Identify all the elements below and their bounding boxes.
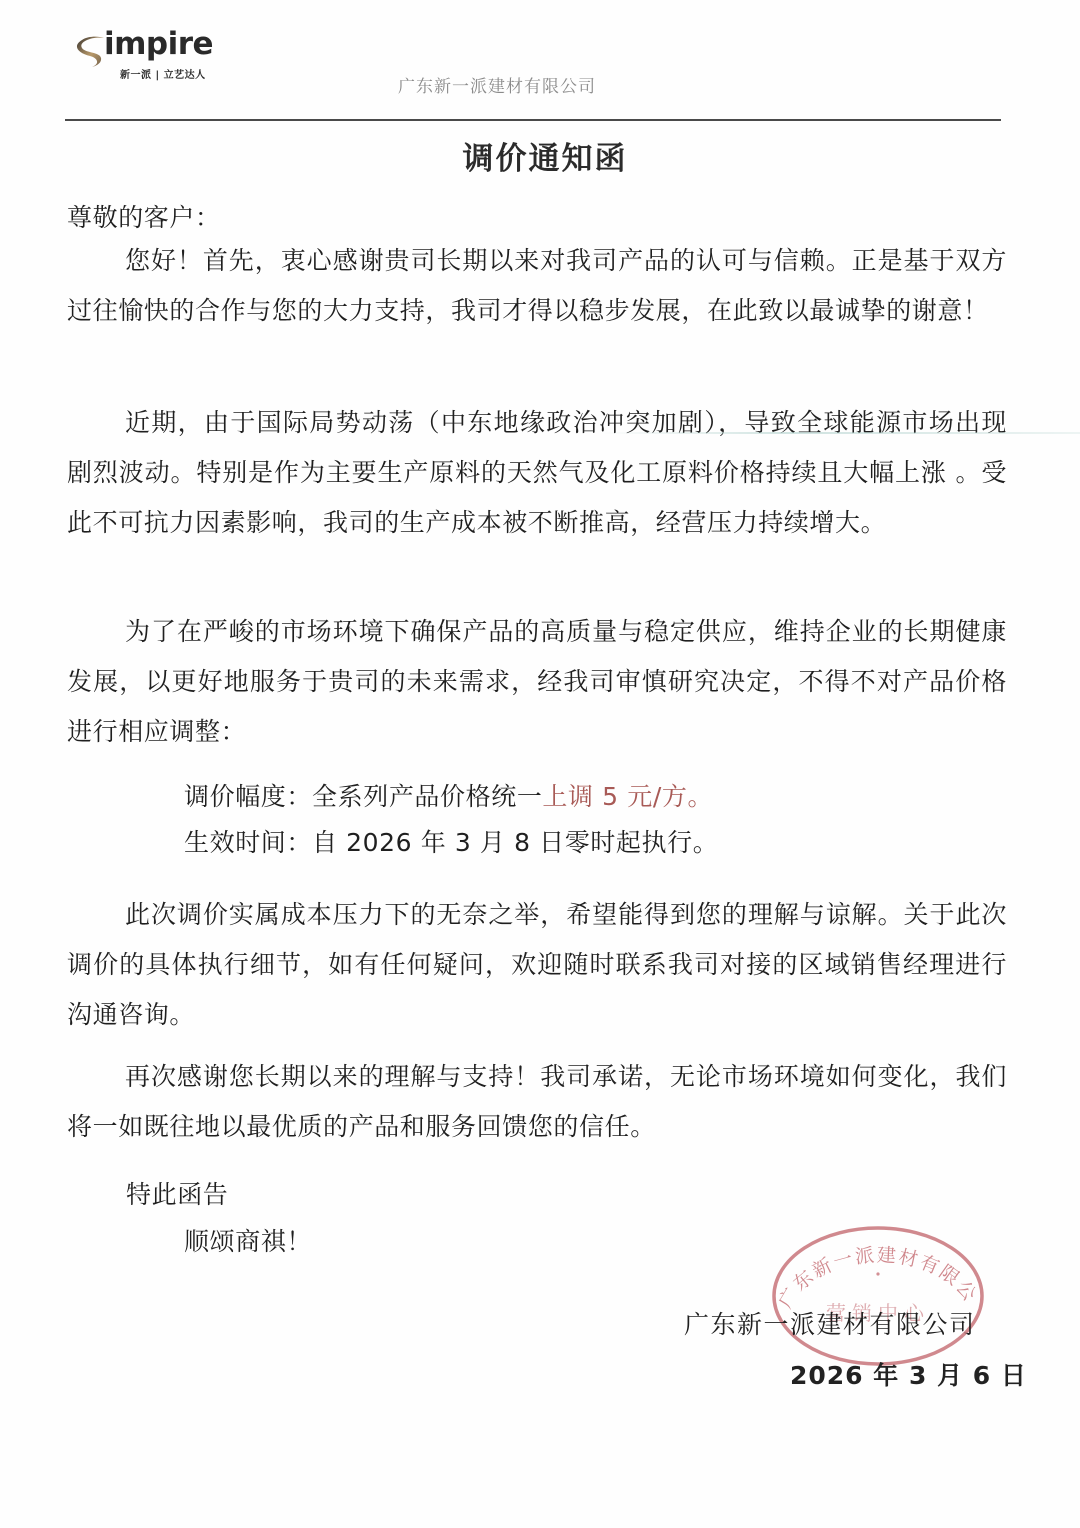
letterhead-company-name: 广东新一派建材有限公司 [398, 72, 596, 97]
range-prefix: 全系列产品价格统一 [312, 782, 542, 811]
logo-wordmark: impire [104, 26, 213, 62]
range-label: 调价幅度： [184, 782, 312, 811]
closing-notice: 特此函告 [126, 1172, 228, 1218]
company-seal-icon: 广东新一派建材有限公司 营销中心 [768, 1218, 988, 1368]
paragraph-thanks: 您好！首先，衷心感谢贵司长期以来对我司产品的认可与信赖。正是基于双方过往愉快的合… [67, 236, 1007, 336]
effective-label: 生效时间： [184, 828, 312, 857]
paragraph-commitment: 再次感谢您长期以来的理解与支持！我司承诺，无论市场环境如何变化，我们将一如既往地… [67, 1052, 1007, 1152]
logo-tagline: 新一派 | 立艺达人 [120, 66, 206, 81]
paragraph-decision: 为了在严峻的市场环境下确保产品的高质量与稳定供应，维持企业的长期健康发展，以更好… [67, 607, 1007, 757]
price-adjustment-range: 调价幅度：全系列产品价格统一上调 5 元/方。 [184, 774, 713, 820]
company-logo: impire 新一派 | 立艺达人 [74, 30, 244, 82]
document-title: 调价通知函 [0, 133, 1080, 178]
signature-company: 广东新一派建材有限公司 [684, 1305, 976, 1345]
document-page: impire 新一派 | 立艺达人 广东新一派建材有限公司 调价通知函 尊敬的客… [0, 0, 1080, 1528]
paragraph-apology: 此次调价实属成本压力下的无奈之举，希望能得到您的理解与谅解。关于此次调价的具体执… [67, 890, 1007, 1040]
scan-artifact [600, 432, 1080, 434]
header-divider [65, 119, 1001, 121]
effective-value: 自 2026 年 3 月 8 日零时起执行。 [312, 828, 718, 857]
closing-regards: 顺颂商祺！ [184, 1219, 312, 1265]
svg-text:广东新一派建材有限公司: 广东新一派建材有限公司 [768, 1218, 982, 1312]
signature-date: 2026 年 3 月 6 日 [790, 1356, 1027, 1396]
range-highlight: 上调 5 元/方。 [542, 782, 713, 811]
seal-top-text: 广东新一派建材有限公司 [768, 1218, 982, 1312]
price-adjustment-effective-time: 生效时间：自 2026 年 3 月 8 日零时起执行。 [184, 820, 718, 866]
paragraph-reason: 近期，由于国际局势动荡（中东地缘政治冲突加剧），导致全球能源市场出现剧烈波动。特… [67, 398, 1007, 548]
swoosh-logo-icon [74, 34, 108, 68]
